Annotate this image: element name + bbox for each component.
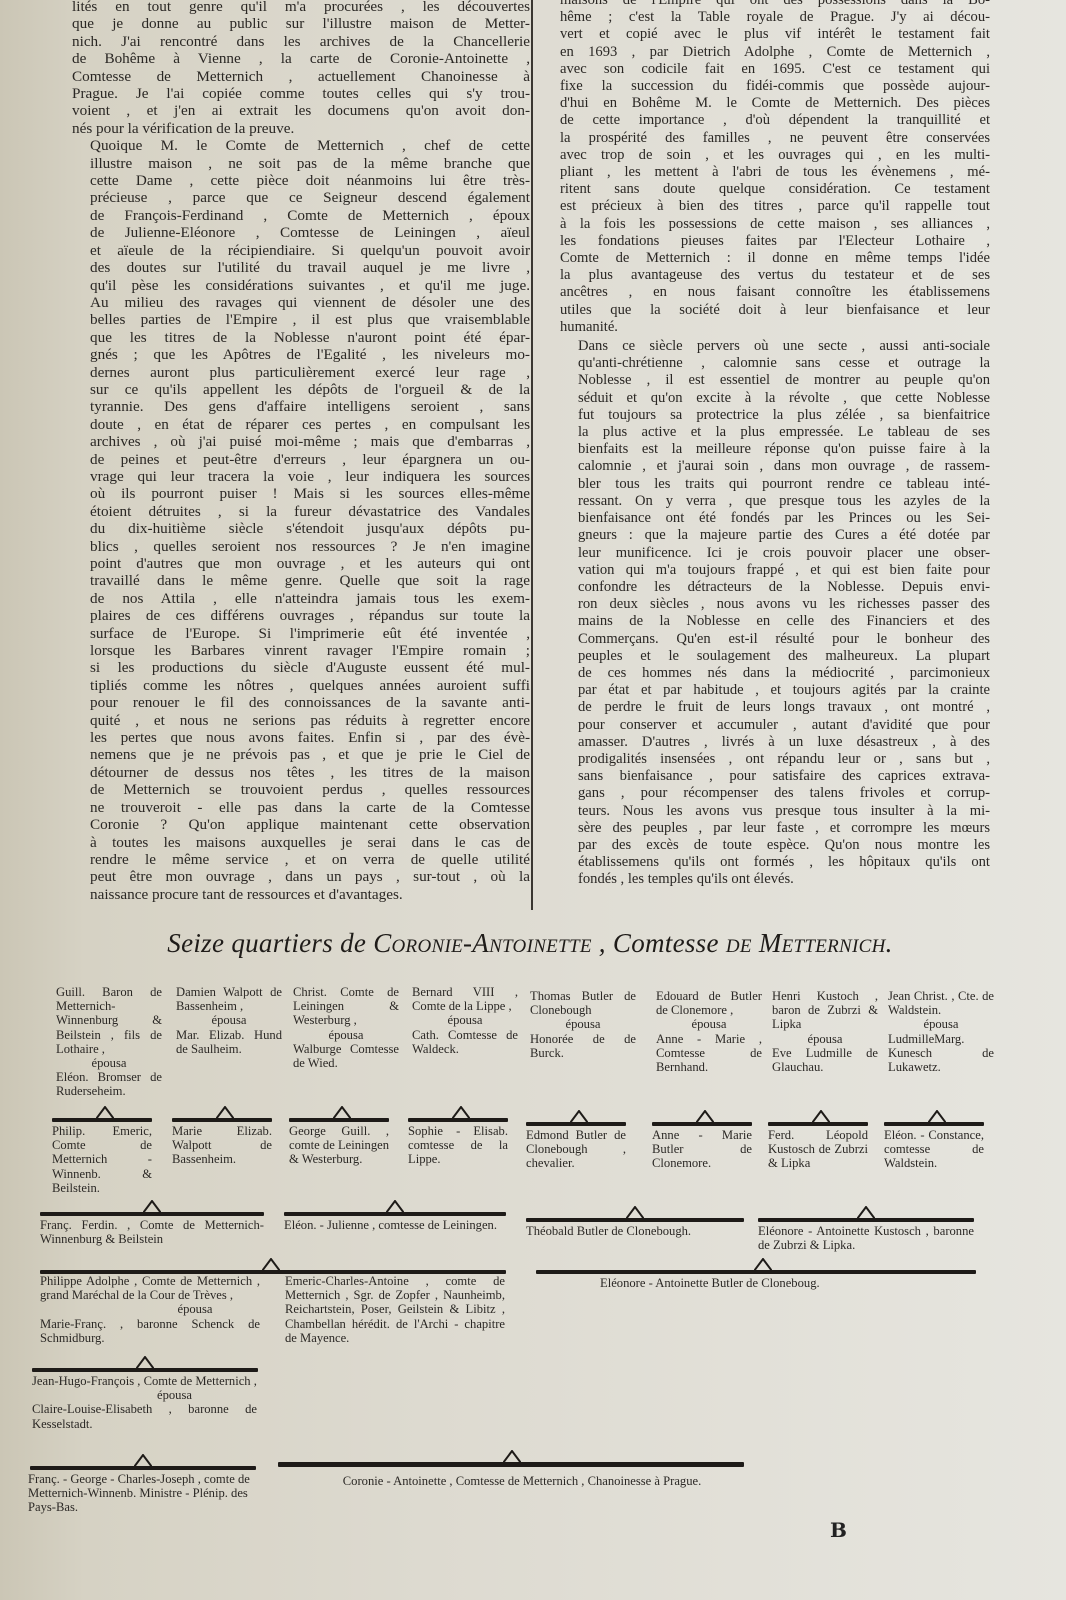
husband-name: Edouard de Butler de Clonemore , bbox=[656, 989, 762, 1017]
text-line: doute , en état de réparer ces pertes , … bbox=[72, 416, 530, 433]
text-line: naissance procure tant de ressources et … bbox=[72, 886, 530, 903]
married-label: épousa bbox=[32, 1388, 257, 1402]
text-line: précieuse , parce que ce Seigneur descen… bbox=[72, 189, 530, 206]
text-line: en 1693 , par Dietrich Adolphe , Comte d… bbox=[560, 44, 990, 61]
text-line: sère des peuples , par leur faste , et c… bbox=[560, 820, 990, 837]
gen3-person: Franç. Ferdin. , Comte de Metternich-Win… bbox=[40, 1218, 264, 1246]
connector-peak-icon bbox=[503, 1450, 521, 1464]
married-label: épousa bbox=[56, 1056, 162, 1070]
text-line: nemens que je ne prévois pas , et que je… bbox=[72, 746, 530, 763]
text-line: fondés , les temples qu'ils ont élevés. bbox=[560, 871, 990, 888]
wife-name: Honorée de de Burck. bbox=[530, 1032, 636, 1060]
married-label: épousa bbox=[293, 1028, 399, 1042]
text-line: ritent sans doute quelque considération.… bbox=[560, 181, 990, 198]
gen2-person: Sophie - Elisab. comtesse de la Lippe. bbox=[408, 1124, 508, 1167]
title-separator: , Comtesse bbox=[592, 928, 726, 958]
text-line: vation qui m'a toujours frappé , et qui … bbox=[560, 562, 990, 579]
paragraph: lités en tout genre qu'il m'a procurées … bbox=[72, 0, 530, 137]
text-line: surface de l'Europe. Si l'imprimerie eût… bbox=[72, 625, 530, 642]
text-line: voient , et j'en ai extrait les documens… bbox=[72, 102, 530, 119]
text-line: nés pour la vérification de la preuve. bbox=[72, 120, 530, 137]
text-line: où ils pourront puiser ! Mais si les sou… bbox=[72, 485, 530, 502]
text-line: fixe la succession du fidéi-commis que p… bbox=[560, 78, 990, 95]
wife-name: Marie-Franç. , baronne Schenck de Schmid… bbox=[40, 1317, 260, 1345]
text-line: par état et par habitude , et toujours a… bbox=[560, 682, 990, 699]
text-line: ne trouveroit - elle pas dans la carte d… bbox=[72, 799, 530, 816]
text-line: la plus avantageuse des vertus du testat… bbox=[560, 267, 990, 284]
husband-name: Christ. Comte de Leiningen & Westerburg … bbox=[293, 985, 399, 1027]
text-line: de peines et peut-être d'erreurs , leur … bbox=[72, 451, 530, 468]
gen2-person: Eléon. - Constance, comtesse de Waldstei… bbox=[884, 1128, 984, 1171]
gen3-person: Eléon. - Julienne , comtesse de Leininge… bbox=[284, 1218, 506, 1232]
gen1-couple: Henri Kustoch , baron de Zubrzi & Lipkaé… bbox=[772, 989, 878, 1074]
text-line: vert et copié avec le plus vif intérêt l… bbox=[560, 26, 990, 43]
text-line: Comte de Metternich : il donne en même t… bbox=[560, 250, 990, 267]
wife-name: Mar. Elizab. Hund de Saulheim. bbox=[176, 1028, 282, 1056]
text-line: nich. J'ai rencontré dans les archives d… bbox=[72, 33, 530, 50]
text-line: sans bienfaisance , pour satisfaire des … bbox=[560, 768, 990, 785]
text-line: mains de la Noblesse en celle des Financ… bbox=[560, 613, 990, 630]
connector-peak-icon bbox=[570, 1110, 588, 1124]
text-line: d'hui en Bohême M. le Comte de Metternic… bbox=[560, 95, 990, 112]
gen5-couple: Jean-Hugo-François , Comte de Metternich… bbox=[32, 1374, 257, 1431]
text-line: Comtesse de Metternich , actuellement Ch… bbox=[72, 68, 530, 85]
gen2-person: George Guill. , comte de Leiningen & Wes… bbox=[289, 1124, 389, 1167]
connector-peak-icon bbox=[333, 1106, 351, 1120]
text-line: peut être mon ouvrage , dans un pays , s… bbox=[72, 868, 530, 885]
text-line: pliant , les mettent à l'abri de tous le… bbox=[560, 164, 990, 181]
gen2-person: Ferd. Léopold Kustosch de Zubrzi & Lipka bbox=[768, 1128, 868, 1171]
married-label: épousa bbox=[772, 1032, 878, 1046]
text-line: Commerçans. Qu'en est-il résulté pour le… bbox=[560, 631, 990, 648]
text-line: belles parties de l'Empire , il est plus… bbox=[72, 311, 530, 328]
text-line: confondre les détracteurs de la Noblesse… bbox=[560, 579, 990, 596]
text-line: de cette importance , d'où dépendent la … bbox=[560, 112, 990, 129]
text-line: gnés ; que les Apôtres de l'Egalité , le… bbox=[72, 346, 530, 363]
gen1-couple: Bernard VIII , Comte de la Lippe ,épousa… bbox=[412, 985, 518, 1056]
text-line: étoient détruites , si la fureur dévasta… bbox=[72, 503, 530, 520]
text-line: de François-Ferdinand , Comte de Mettern… bbox=[72, 207, 530, 224]
text-line: bienfaisance ont été fondés par les Prin… bbox=[560, 510, 990, 527]
text-line: plaires de ces différens ouvrages , répa… bbox=[72, 607, 530, 624]
gen1-couple: Guill. Baron de Metternich-Winnenburg & … bbox=[56, 985, 162, 1099]
text-line: tyrannie. Des gens d'affaire intelligens… bbox=[72, 398, 530, 415]
gen3-person: Théobald Butler de Clonebough. bbox=[526, 1224, 744, 1238]
connector-peak-icon bbox=[696, 1110, 714, 1124]
text-line: ron deux siècles , nous avons vu les ric… bbox=[560, 596, 990, 613]
married-label: épousa bbox=[176, 1013, 282, 1027]
gen1-couple: Damien Walpott de Bassenheim ,épousaMar.… bbox=[176, 985, 282, 1056]
text-line: à toutes les maisons auxquelles je serai… bbox=[72, 834, 530, 851]
text-line: quité , et nous ne serions pas réduits à… bbox=[72, 712, 530, 729]
paragraph: maisons de l'Empire qui ont des possessi… bbox=[560, 0, 990, 336]
connector-peak-icon bbox=[136, 1356, 154, 1370]
connector-peak-icon bbox=[857, 1206, 875, 1220]
husband-name: Guill. Baron de Metternich-Winnenburg & … bbox=[56, 985, 162, 1056]
left-text-column: lités en tout genre qu'il m'a procurées … bbox=[72, 0, 530, 903]
text-line: blics , quelles seroient nos ressources … bbox=[72, 538, 530, 555]
text-line: est précieux à bien des titres , parce q… bbox=[560, 198, 990, 215]
text-line: gans , pour récompenser des talens frivo… bbox=[560, 785, 990, 802]
text-line: du dix-huitième siècle s'étendoit jusqu'… bbox=[72, 520, 530, 537]
wife-name: Anne - Marie , Comtesse de Bernhand. bbox=[656, 1032, 762, 1074]
married-label: épousa bbox=[412, 1013, 518, 1027]
husband-name: Jean Christ. , Cte. de Waldstein. bbox=[888, 989, 994, 1017]
text-line: qu'anti-chrétienne , calomnie sans cesse… bbox=[560, 355, 990, 372]
text-line: Noblesse , il est essentiel de montrer a… bbox=[560, 372, 990, 389]
wife-name: Walburge Comtesse de Wied. bbox=[293, 1042, 399, 1070]
text-line: pour renouer le fil des connoissances de… bbox=[72, 694, 530, 711]
connector-peak-icon bbox=[928, 1110, 946, 1124]
text-line: que les titres de la Noblesse n'auront p… bbox=[72, 329, 530, 346]
text-line: Prague. Je l'ai copiée comme toutes cell… bbox=[72, 85, 530, 102]
text-line: si les productions du siècle d'Auguste e… bbox=[72, 659, 530, 676]
paragraph: Dans ce siècle pervers où une secte , au… bbox=[560, 338, 990, 889]
husband-name: Bernard VIII , Comte de la Lippe , bbox=[412, 985, 518, 1013]
married-label: épousa bbox=[530, 1017, 636, 1031]
text-line: gneurs : que la majeure partie des Cures… bbox=[560, 527, 990, 544]
text-line: travaillé dans le même genre. Quelle que… bbox=[72, 572, 530, 589]
text-line: tipliés comme les nôtres , quelques anné… bbox=[72, 677, 530, 694]
text-line: lités en tout genre qu'il m'a procurées … bbox=[72, 0, 530, 15]
genealogy-title: Seize quartiers de Coronie-Antoinette , … bbox=[100, 928, 960, 959]
gen4-father: Philippe Adolphe , Comte de Metternich ,… bbox=[40, 1274, 260, 1345]
married-label: épousa bbox=[888, 1017, 994, 1031]
text-line: amasser. D'autres , livrés à un luxe dés… bbox=[560, 734, 990, 751]
text-line: que je donne au public sur l'illustre ma… bbox=[72, 15, 530, 32]
married-label: épousa bbox=[656, 1017, 762, 1031]
gen2-person: Edmond Butler de Clonebough , chevalier. bbox=[526, 1128, 626, 1171]
text-line: la plus active et la plus empressée. Le … bbox=[560, 424, 990, 441]
text-line: sur ce qu'ils appellent les dépôts de l'… bbox=[72, 381, 530, 398]
gen4-father-sibling: Emeric-Charles-Antoine , comte de Metter… bbox=[285, 1274, 505, 1345]
text-line: peuples et le soulagement des malheureux… bbox=[560, 648, 990, 665]
text-line: de perdre le fruit de leurs longs travau… bbox=[560, 699, 990, 716]
wife-name: Claire-Louise-Elisabeth , baronne de Kes… bbox=[32, 1402, 257, 1430]
text-line: archives , où j'ai puisé moi-même ; mais… bbox=[72, 433, 530, 450]
text-line: fut toujours sa protectrice la plus zélé… bbox=[560, 407, 990, 424]
text-line: utiles que la société doit à leur bienfa… bbox=[560, 302, 990, 319]
text-line: Quoique M. le Comte de Metternich , chef… bbox=[72, 137, 530, 154]
text-line: et aïeule de la récipiendiaire. Si quelq… bbox=[72, 242, 530, 259]
text-line: cette Dame , cette pièce doit néanmoins … bbox=[72, 172, 530, 189]
text-line: Coronie ? Qu'on applique maintenant cett… bbox=[72, 816, 530, 833]
text-line: point d'autres que mon ouvrage , et les … bbox=[72, 555, 530, 572]
husband-name: Philippe Adolphe , Comte de Metternich ,… bbox=[40, 1274, 260, 1302]
text-line: de ces hommes nés dans la médiocrité , p… bbox=[560, 665, 990, 682]
text-line: séduit et qu'on excite à la révolte , qu… bbox=[560, 390, 990, 407]
gen4-mother: Eléonore - Antoinette Butler de Clonebou… bbox=[600, 1276, 960, 1290]
gen1-couple: Edouard de Butler de Clonemore ,épousaAn… bbox=[656, 989, 762, 1074]
paragraph: Quoique M. le Comte de Metternich , chef… bbox=[72, 137, 530, 903]
gen2-person: Marie Elizab. Walpott de Bassenheim. bbox=[172, 1124, 272, 1167]
husband-name: Damien Walpott de Bassenheim , bbox=[176, 985, 282, 1013]
husband-name: Jean-Hugo-François , Comte de Metternich… bbox=[32, 1374, 257, 1388]
gen3-person: Eléonore - Antoinette Kustosch , baronne… bbox=[758, 1224, 974, 1252]
text-line: par des excès de toute espèce. Qu'on nou… bbox=[560, 837, 990, 854]
text-line: ressant. On y verra , que presque tous l… bbox=[560, 493, 990, 510]
text-line: maisons de l'Empire qui ont des possessi… bbox=[560, 0, 990, 9]
text-line: les pertes que nous avons faites. Enfin … bbox=[72, 729, 530, 746]
text-line: qu'il pèse les considérations suivantes … bbox=[72, 277, 530, 294]
text-line: de Metternich se trouvoient perdus , que… bbox=[72, 781, 530, 798]
text-line: lorsque les Barbares vinrent ravager l'E… bbox=[72, 642, 530, 659]
text-line: rendre le même service , et on verra de … bbox=[72, 851, 530, 868]
text-line: bienfaits est la meilleure réponse qu'on… bbox=[560, 441, 990, 458]
title-house: Metternich. bbox=[752, 928, 893, 958]
text-line: bler tous les traits qui pourront rendre… bbox=[560, 476, 990, 493]
text-line: les fondations pieuses faites par l'Elec… bbox=[560, 233, 990, 250]
married-label: épousa bbox=[40, 1302, 260, 1316]
text-line: avec son codicile fait en 1695. C'est ce… bbox=[560, 61, 990, 78]
title-de: de bbox=[726, 928, 752, 958]
text-line: à la fois les possessions de cette maiso… bbox=[560, 216, 990, 233]
text-line: prodigalités insensées , ont répandu leu… bbox=[560, 751, 990, 768]
gen1-couple: Thomas Butler de CloneboughépousaHonorée… bbox=[530, 989, 636, 1060]
title-prefix: Seize quartiers de bbox=[167, 928, 373, 958]
right-text-column: maisons de l'Empire qui ont des possessi… bbox=[560, 0, 990, 889]
text-line: vrage qui leur tracera la voie , leur in… bbox=[72, 468, 530, 485]
connector-peak-icon bbox=[96, 1106, 114, 1120]
gen1-couple: Christ. Comte de Leiningen & Westerburg … bbox=[293, 985, 399, 1070]
connector-peak-icon bbox=[386, 1200, 404, 1214]
text-line: détourner de dessus nos têtes , les titr… bbox=[72, 764, 530, 781]
gen2-person: Anne - Marie Butler de Clonemore. bbox=[652, 1128, 752, 1171]
text-line: illustre maison , ne soit pas de la même… bbox=[72, 155, 530, 172]
text-line: ancêtres , en nous faisant connoître les… bbox=[560, 284, 990, 301]
gen6-father: Franç. - George - Charles-Joseph , comte… bbox=[28, 1472, 253, 1515]
text-line: hême ; c'est la Table royale de Prague. … bbox=[560, 9, 990, 26]
text-line: la prospérité des familles , ne peuvent … bbox=[560, 130, 990, 147]
connector-peak-icon bbox=[134, 1454, 152, 1468]
wife-name: Cath. Comtesse de Waldeck. bbox=[412, 1028, 518, 1056]
text-line: de nos Attila , elle n'atteindra jamais … bbox=[72, 590, 530, 607]
connector-peak-icon bbox=[143, 1200, 161, 1214]
husband-name: Thomas Butler de Clonebough bbox=[530, 989, 636, 1017]
connector-peak-icon bbox=[452, 1106, 470, 1120]
gen1-couple: Jean Christ. , Cte. de Waldstein.épousaL… bbox=[888, 989, 994, 1074]
text-line: calomnie , et j'aurai soin , dans mon ou… bbox=[560, 458, 990, 475]
connector-peak-icon bbox=[216, 1106, 234, 1120]
text-line: humanité. bbox=[560, 319, 990, 336]
text-line: établissemens qu'ils ont formés , les hô… bbox=[560, 854, 990, 871]
page-folio: B bbox=[830, 1518, 847, 1542]
connector-peak-icon bbox=[754, 1258, 772, 1272]
text-line: dernes auront plus particulièrement exer… bbox=[72, 364, 530, 381]
text-line: teurs. Nous les avons vus presque tous i… bbox=[560, 803, 990, 820]
connector-peak-icon bbox=[626, 1206, 644, 1220]
connector-peak-icon bbox=[812, 1110, 830, 1124]
title-name: Coronie-Antoinette bbox=[373, 928, 592, 958]
text-line: leur munificence. Ici je crois pouvoir p… bbox=[560, 545, 990, 562]
wife-name: Eléon. Bromser de Ruderseheim. bbox=[56, 1070, 162, 1098]
wife-name: LudmilleMarg. Kunesch de Lukawetz. bbox=[888, 1032, 994, 1074]
husband-name: Henri Kustoch , baron de Zubrzi & Lipka bbox=[772, 989, 878, 1031]
text-line: de Bohême à Vienne , la carte de Coronie… bbox=[72, 50, 530, 67]
column-divider bbox=[531, 0, 533, 910]
text-line: Au milieu des ravages qui viennent de dé… bbox=[72, 294, 530, 311]
subject-name: Coronie - Antoinette , Comtesse de Mette… bbox=[292, 1474, 752, 1488]
text-line: de Julienne-Eléonore , Comtesse de Leini… bbox=[72, 224, 530, 241]
gen2-person: Philip. Emeric, Comte de Metternich - Wi… bbox=[52, 1124, 152, 1195]
text-line: pour conserver et accumuler , autant d'a… bbox=[560, 717, 990, 734]
text-line: avec trop de soin , et les ouvrages qui … bbox=[560, 147, 990, 164]
connector-peak-icon bbox=[262, 1258, 280, 1272]
text-line: Dans ce siècle pervers où une secte , au… bbox=[560, 338, 990, 355]
wife-name: Eve Ludmille de Glauchau. bbox=[772, 1046, 878, 1074]
text-line: des doutes sur l'utilité du travail auqu… bbox=[72, 259, 530, 276]
